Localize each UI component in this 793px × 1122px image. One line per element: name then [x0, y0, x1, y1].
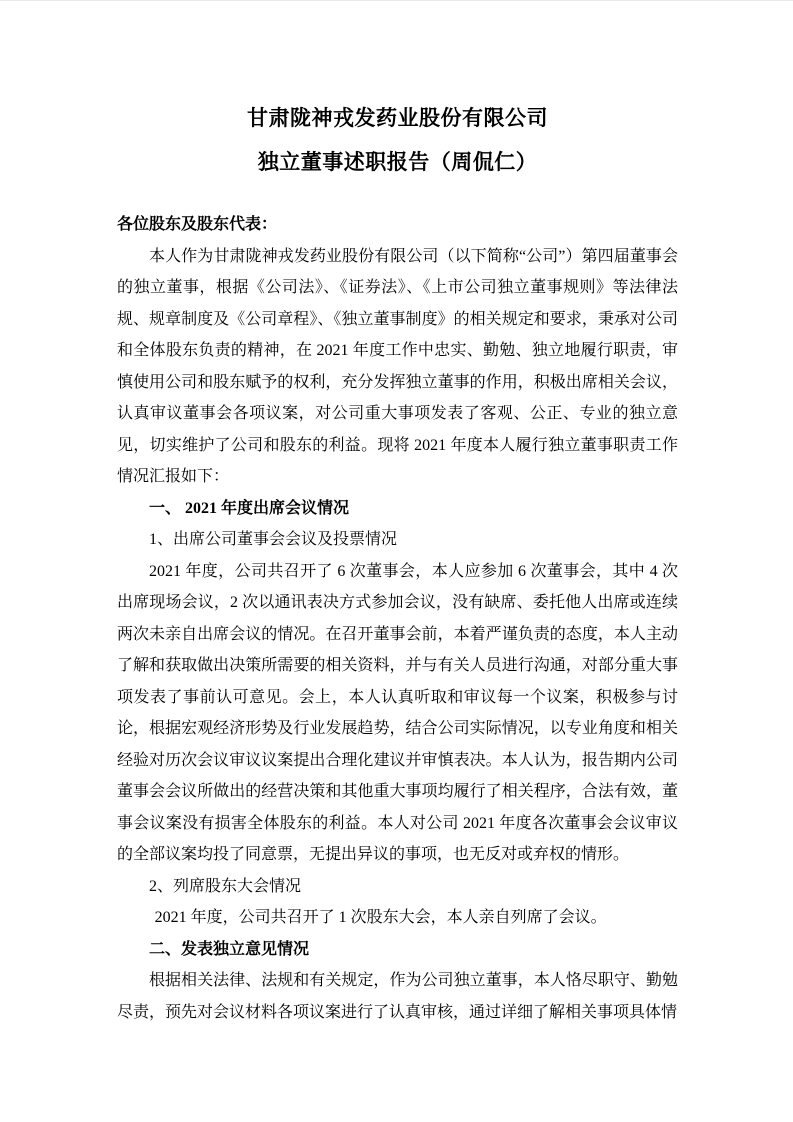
- document-title-company: 甘肃陇神戎发药业股份有限公司: [117, 104, 678, 132]
- section1-paragraph-shareholder-meetings: 2021 年度，公司共召开了 1 次股东大会，本人亲自列席了会议。: [117, 902, 678, 934]
- section1-paragraph-board-meetings: 2021 年度，公司共召开了 6 次董事会，本人应参加 6 次董事会，其中 4 …: [117, 556, 678, 871]
- section1-subheading-shareholder-meetings: 2、列席股东大会情况: [117, 871, 678, 903]
- document-body: 各位股东及股东代表： 本人作为甘肃陇神戎发药业股份有限公司（以下简称“公司”）第…: [117, 209, 678, 1028]
- intro-paragraph: 本人作为甘肃陇神戎发药业股份有限公司（以下简称“公司”）第四届董事会的独立董事，…: [117, 241, 678, 493]
- document-title-report: 独立董事述职报告（周侃仁）: [117, 148, 678, 176]
- document-page: 甘肃陇神戎发药业股份有限公司 独立董事述职报告（周侃仁） 各位股东及股东代表： …: [0, 0, 793, 1122]
- salutation: 各位股东及股东代表：: [117, 209, 678, 241]
- section1-subheading-board-meetings: 1、出席公司董事会会议及投票情况: [117, 524, 678, 556]
- section2-paragraph-independent-opinions: 根据相关法律、法规和有关规定，作为公司独立董事，本人恪尽职守、勤勉尽责，预先对会…: [117, 965, 678, 1028]
- section1-heading: 一、 2021 年度出席会议情况: [117, 493, 678, 525]
- section2-heading: 二、发表独立意见情况: [117, 934, 678, 966]
